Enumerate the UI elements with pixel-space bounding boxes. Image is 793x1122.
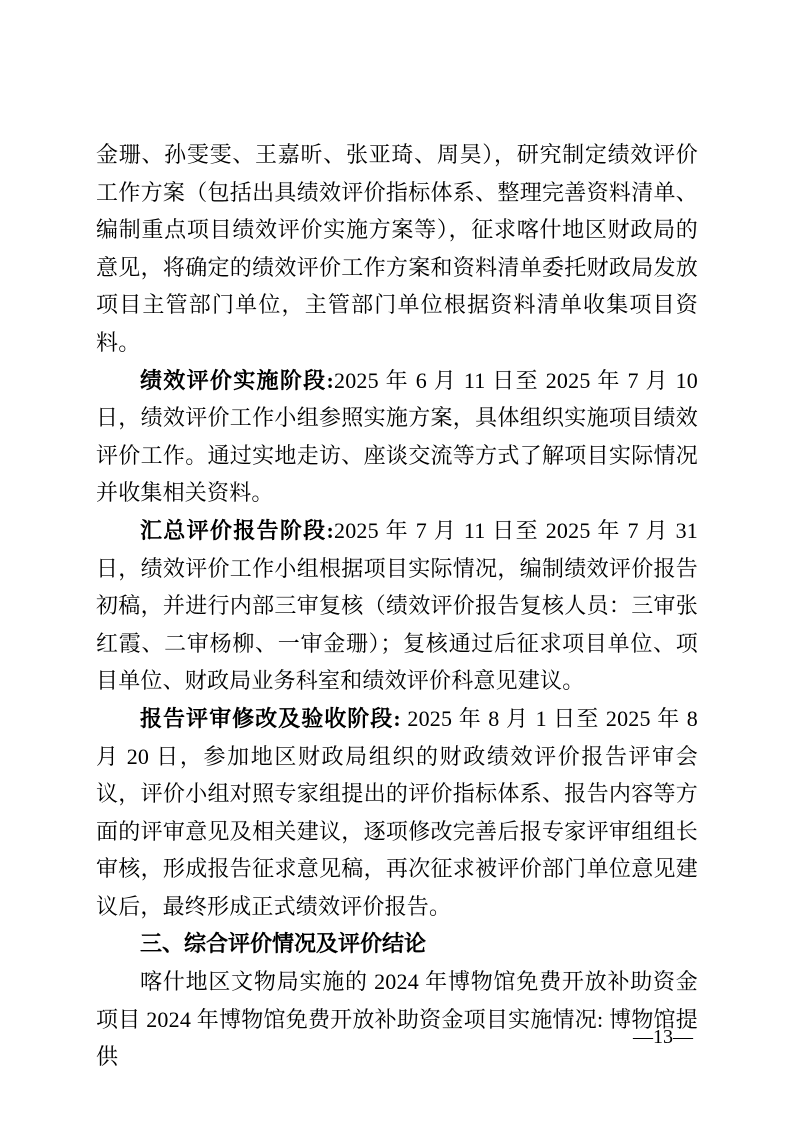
section-heading: 三、综合评价情况及评价结论 [96,925,698,963]
paragraph-text: 2025 年 8 月 1 日至 2025 年 8 月 20 日，参加地区财政局组… [96,706,698,919]
stage-label-review-acceptance: 报告评审修改及验收阶段: [140,706,401,731]
paragraph-continuation: 金珊、孙雯雯、王嘉昕、张亚琦、周昊），研究制定绩效评价工作方案（包括出具绩效评价… [96,136,698,362]
paragraph-review-acceptance-stage: 报告评审修改及验收阶段: 2025 年 8 月 1 日至 2025 年 8 月 … [96,700,698,926]
stage-label-report-summary: 汇总评价报告阶段: [140,518,334,543]
paragraph-report-summary-stage: 汇总评价报告阶段:2025 年 7 月 11 日至 2025 年 7 月 31 … [96,512,698,700]
paragraph-text: 2025 年 7 月 11 日至 2025 年 7 月 31 日，绩效评价工作小… [96,518,698,693]
paragraph-text: 金珊、孙雯雯、王嘉昕、张亚琦、周昊），研究制定绩效评价工作方案（包括出具绩效评价… [96,142,698,355]
paragraph-implementation-stage: 绩效评价实施阶段:2025 年 6 月 11 日至 2025 年 7 月 10 … [96,362,698,512]
page-number: —13— [633,1025,693,1049]
paragraph-evaluation-conclusion: 喀什地区文物局实施的 2024 年博物馆免费开放补助资金项目 2024 年博物馆… [96,963,698,1076]
document-page: 金珊、孙雯雯、王嘉昕、张亚琦、周昊），研究制定绩效评价工作方案（包括出具绩效评价… [0,0,793,1122]
stage-label-implementation: 绩效评价实施阶段: [140,368,334,393]
document-body: 金珊、孙雯雯、王嘉昕、张亚琦、周昊），研究制定绩效评价工作方案（包括出具绩效评价… [96,136,698,1076]
paragraph-text: 喀什地区文物局实施的 2024 年博物馆免费开放补助资金项目 2024 年博物馆… [96,969,698,1069]
